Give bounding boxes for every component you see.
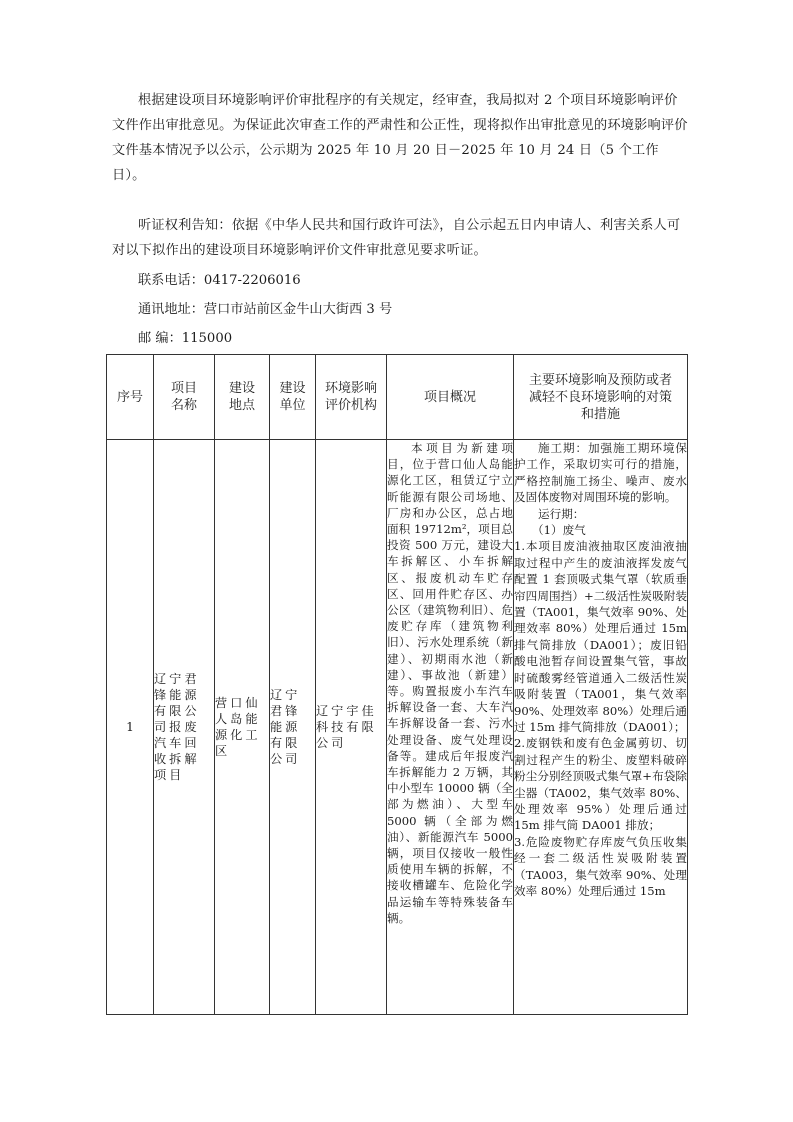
table-row: 1 辽宁君锋能源有限公司报废汽车回收拆解项目 营口仙人岛能源化工区 辽宁君锋能源… xyxy=(107,440,688,1015)
hearing-notice-paragraph: 听证权利告知：依据《中华人民共和国行政许可法》，自公示起五日内申请人、利害关系人… xyxy=(112,213,690,263)
cell-location: 营口仙人岛能源化工区 xyxy=(215,440,270,1015)
measures-construction: 施工期：加强施工期环境保护工作，采取切实可行的措施，严格控制施工扬尘、噪声、废水… xyxy=(514,440,687,506)
measures-item-1: 1.本项目废油液抽取区废油液抽取过程中产生的废油液挥发废气配置 1 套顶吸式集气… xyxy=(514,538,687,735)
intro-paragraph: 根据建设项目环境影响评价审批程序的有关规定，经审查，我局拟对 2 个项目环境影响… xyxy=(112,88,690,188)
overview-text: 本项目为新建项目，位于营口仙人岛能源化工区，租赁辽宁立昕能源有限公司场地、厂房和… xyxy=(387,440,513,926)
table-header-row: 序号 项目名称 建设地点 建设单位 环境影响评价机构 项目概况 主要环境影响及预… xyxy=(107,355,688,440)
cell-eia-org: 辽宁宇佳科技有限公司 xyxy=(316,440,387,1015)
header-name: 项目名称 xyxy=(154,355,215,440)
header-location: 建设地点 xyxy=(215,355,270,440)
header-measures: 主要环境影响及预防或者减轻不良环境影响的对策和措施 xyxy=(514,355,688,440)
measures-operation-label: 运行期： xyxy=(514,506,687,522)
cell-project-name: 辽宁君锋能源有限公司报废汽车回收拆解项目 xyxy=(154,440,215,1015)
header-no: 序号 xyxy=(107,355,154,440)
header-overview: 项目概况 xyxy=(387,355,514,440)
projects-table: 序号 项目名称 建设地点 建设单位 环境影响评价机构 项目概况 主要环境影响及预… xyxy=(106,354,688,1015)
measures-item-2: 2.废钢铁和废有色金属剪切、切割过程产生的粉尘、废塑料破碎粉尘分别经顶吸式集气罩… xyxy=(514,735,687,833)
cell-overview: 本项目为新建项目，位于营口仙人岛能源化工区，租赁辽宁立昕能源有限公司场地、厂房和… xyxy=(387,440,514,1015)
cell-measures: 施工期：加强施工期环境保护工作，采取切实可行的措施，严格控制施工扬尘、噪声、废水… xyxy=(514,440,688,1015)
postcode: 邮 编：115000 xyxy=(138,329,232,349)
contact-address: 通讯地址：营口市站前区金牛山大街西 3 号 xyxy=(138,300,392,320)
cell-unit: 辽宁君锋能源有限公司 xyxy=(270,440,316,1015)
header-unit: 建设单位 xyxy=(270,355,316,440)
measures-waste-gas-label: （1）废气 xyxy=(514,522,687,538)
contact-phone: 联系电话：0417-2206016 xyxy=(138,271,301,291)
header-eia-org: 环境影响评价机构 xyxy=(316,355,387,440)
measures-item-3: 3.危险废物贮存库废气负压收集经一套二级活性炭吸附装置（TA003，集气效率 9… xyxy=(514,834,687,900)
cell-no: 1 xyxy=(107,440,154,1015)
